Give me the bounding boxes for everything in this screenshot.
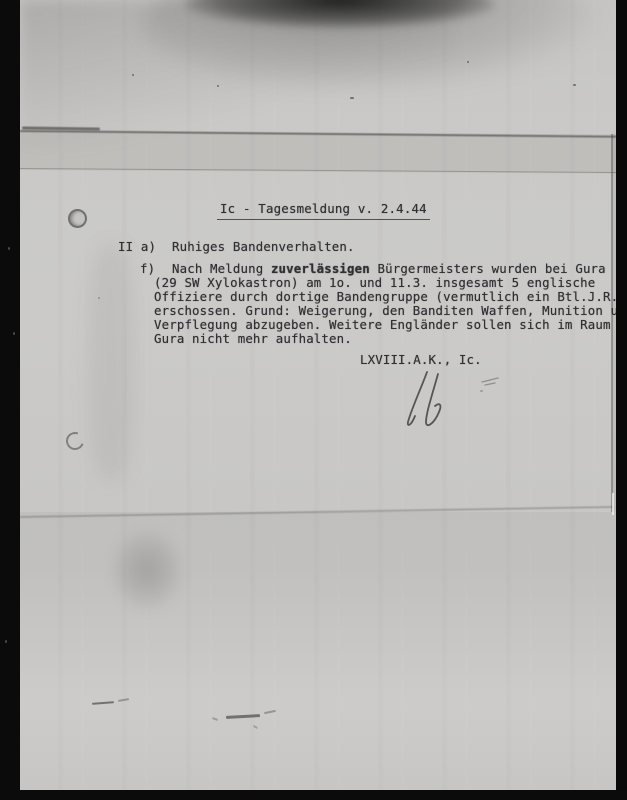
typed-line: (29 SW Xylokastron) am 1o. und 11.3. ins… [154,275,595,290]
film-speck [5,640,7,643]
signature-unit-text: LXVIII.A.K., Ic. [360,352,482,367]
page-heading: Ic - Tagesmeldung v. 2.4.44 [217,201,430,220]
film-speck [8,247,10,250]
typed-line: Verpflegung abzugeben. Weitere Engländer… [154,317,611,332]
typed-line: Offiziere durch dortige Bandengruppe (ve… [154,289,627,304]
film-border-bottom [0,790,627,800]
typed-text-layer: Ic - Tagesmeldung v. 2.4.44 LXVIII.A.K.,… [20,0,616,790]
typed-line: Gura nicht mehr aufhalten. [154,331,352,346]
film-border-left [0,0,20,800]
typed-line: Nach Meldung zuverlässigen Bürgermeister… [172,261,606,276]
typed-line: erschossen. Grund: Weigerung, den Bandit… [154,303,627,318]
film-border-right [616,0,627,800]
typed-line: II a) [118,239,156,254]
film-speck [13,332,15,335]
photo-frame: Ic - Tagesmeldung v. 2.4.44 LXVIII.A.K.,… [0,0,627,800]
handwritten-signature [378,366,508,438]
typed-line: f) [140,261,155,276]
typed-line: Ruhiges Bandenverhalten. [172,239,355,254]
